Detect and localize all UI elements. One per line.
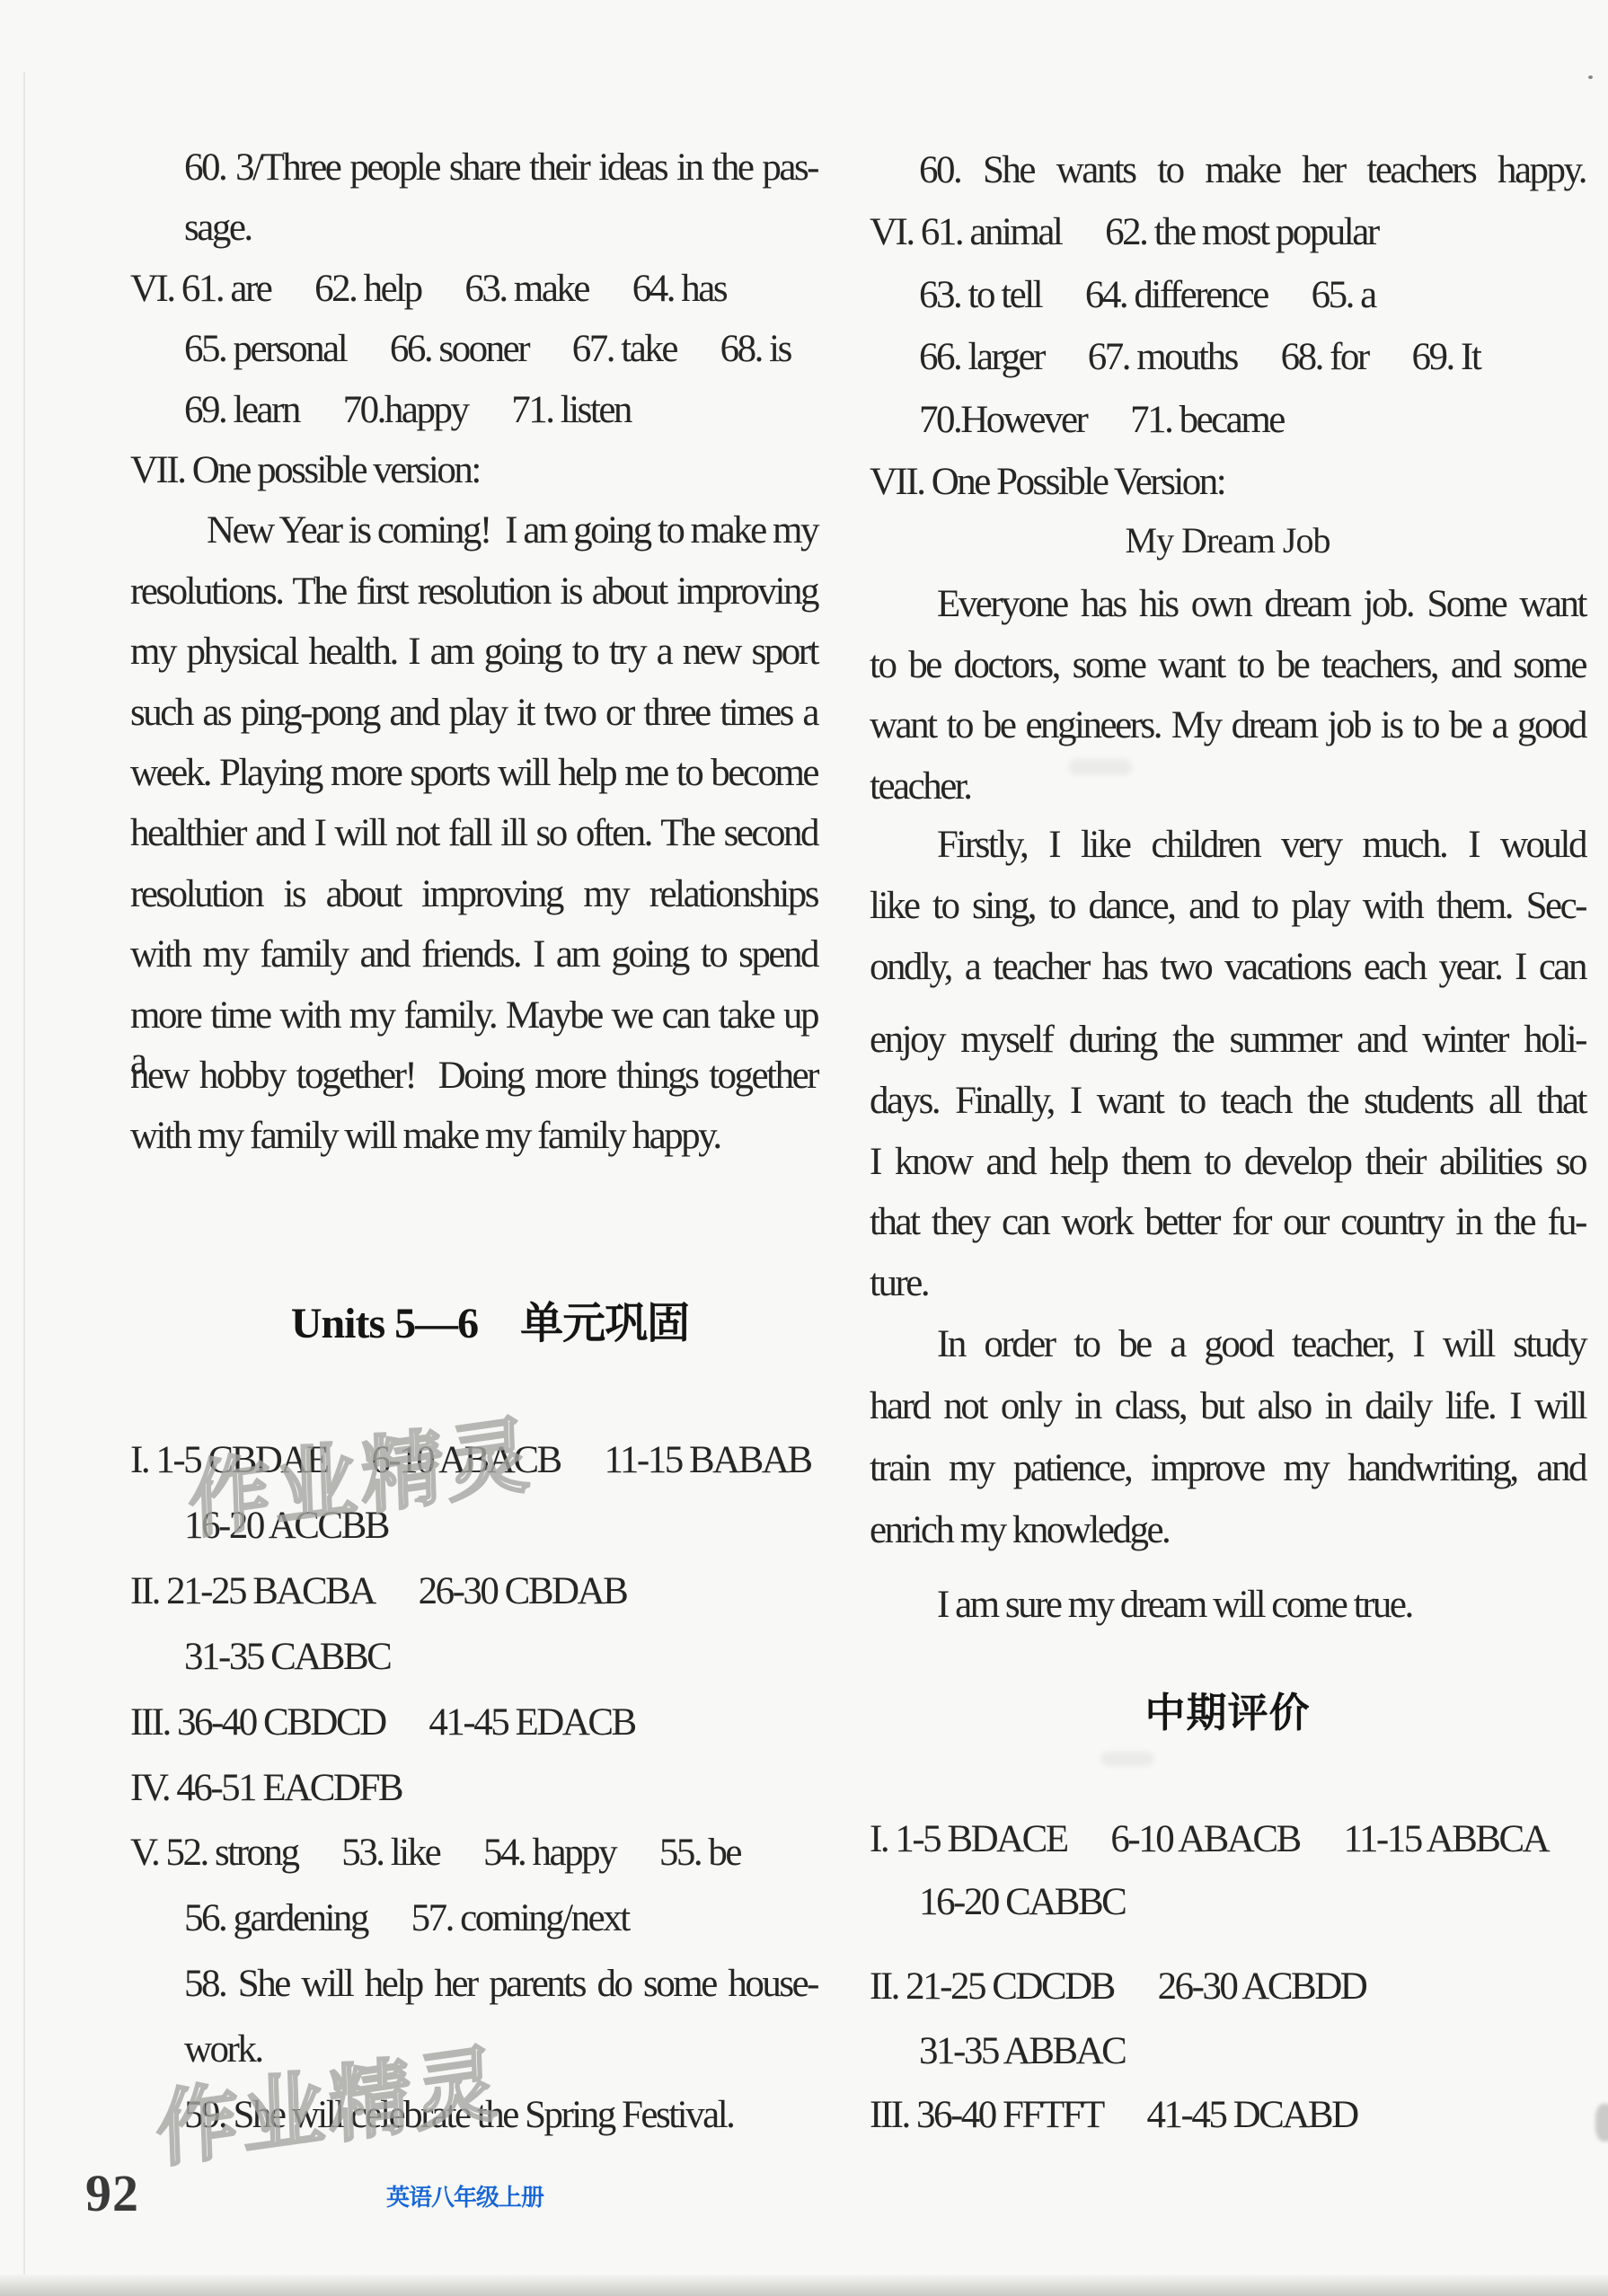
text-line: 31-35 ABBAC xyxy=(870,2029,1586,2075)
text-line: In order to be a good teacher, I will st… xyxy=(870,1322,1586,1368)
text-line: 58. She will help her parents do some ho… xyxy=(130,1962,817,2008)
text-line: week. Playing more sports will help me t… xyxy=(130,751,817,797)
text-line: my physical health. I am going to try a … xyxy=(130,630,817,676)
page-number: 92 xyxy=(85,2163,139,2223)
text-line: resolutions. The first resolution is abo… xyxy=(130,570,817,615)
text-line: ondly, a teacher has two vacations each … xyxy=(870,945,1586,991)
left-column: 60. 3/Three people share their ideas in … xyxy=(130,0,817,2296)
text-line: 16-20 ACCBB xyxy=(130,1504,817,1550)
text-line: enjoy myself during the summer and winte… xyxy=(870,1018,1586,1064)
text-line: with my family will make my family happy… xyxy=(130,1114,817,1160)
text-line: 31-35 CABBC xyxy=(130,1635,817,1681)
text-line: VII. One Possible Version: xyxy=(870,460,1586,506)
text-line: 59. She will celebrate the Spring Festiv… xyxy=(130,2093,817,2139)
text-line: II. 21-25 BACBA 26-30 CBDAB xyxy=(130,1569,817,1615)
scan-bleedthrough-mark xyxy=(1595,2104,1608,2141)
text-line: 中期评价 xyxy=(870,1690,1586,1737)
text-line: III. 36-40 FFTFT 41-45 DCABD xyxy=(870,2093,1586,2139)
text-line: ture. xyxy=(870,1261,1586,1307)
text-line: 66. larger 67. mouths 68. for 69. It xyxy=(870,335,1586,381)
text-line: days. Finally, I want to teach the stude… xyxy=(870,1079,1586,1125)
text-line: train my patience, improve my handwritin… xyxy=(870,1446,1586,1492)
text-line: resolution is about improving my relatio… xyxy=(130,872,817,918)
text-line: I. 1-5 CBDAE 6-10 ABACB 11-15 BABAB xyxy=(130,1438,817,1484)
text-line: Everyone has his own dream job. Some wan… xyxy=(870,582,1586,628)
text-line: to be doctors, some want to be teachers,… xyxy=(870,643,1586,689)
text-line: 56. gardening 57. coming/next xyxy=(130,1896,817,1942)
text-line: healthier and I will not fall ill so oft… xyxy=(130,811,817,857)
text-line: I. 1-5 BDACE 6-10 ABACB 11-15 ABBCA xyxy=(870,1817,1586,1863)
text-line: that they can work better for our countr… xyxy=(870,1200,1586,1246)
text-line: such as ping-pong and play it two or thr… xyxy=(130,691,817,737)
text-line: new hobby together! Doing more things to… xyxy=(130,1054,817,1099)
text-line: 65. personal 66. sooner 67. take 68. is xyxy=(130,327,817,373)
text-line: work. xyxy=(130,2027,817,2073)
text-line: want to be engineers. My dream job is to… xyxy=(870,703,1586,749)
text-line: IV. 46-51 EACDFB xyxy=(130,1766,817,1812)
scan-bleedthrough-mark xyxy=(1100,1752,1154,1766)
text-line: 60. She wants to make her teachers happy… xyxy=(870,148,1586,194)
text-line: like to sing, to dance, and to play with… xyxy=(870,884,1586,930)
text-line: with my family and friends. I am going t… xyxy=(130,932,817,978)
text-line: III. 36-40 CBDCD 41-45 EDACB xyxy=(130,1700,817,1746)
text-line: I am sure my dream will come true. xyxy=(870,1583,1586,1629)
text-line: My Dream Job xyxy=(870,519,1586,561)
footer-book-title: 英语八年级上册 xyxy=(386,2179,543,2212)
text-line: I know and help them to develop their ab… xyxy=(870,1140,1586,1186)
scan-bottom-edge xyxy=(0,2274,1608,2296)
text-line: 16-20 CABBC xyxy=(870,1880,1586,1926)
right-column: 60. She wants to make her teachers happy… xyxy=(870,0,1586,2296)
text-line: New Year is coming! I am going to make m… xyxy=(130,508,817,554)
text-line: sage. xyxy=(130,206,817,252)
text-line: V. 52. strong 53. like 54. happy 55. be xyxy=(130,1831,817,1877)
text-line: Units 5—6 单元巩固 xyxy=(130,1299,817,1350)
text-line: II. 21-25 CDCDB 26-30 ACBDD xyxy=(870,1965,1586,2010)
text-line: Firstly, I like children very much. I wo… xyxy=(870,823,1586,869)
scan-dot-artifact xyxy=(1588,75,1593,79)
text-line: hard not only in class, but also in dail… xyxy=(870,1384,1586,1430)
text-line: 70.However 71. became xyxy=(870,398,1586,444)
text-line: 69. learn 70.happy 71. listen xyxy=(130,388,817,434)
text-line: 63. to tell 64. difference 65. a xyxy=(870,273,1586,319)
text-line: VI. 61. are 62. help 63. make 64. has xyxy=(130,267,817,313)
text-line: VII. One possible version: xyxy=(130,448,817,494)
text-line: VI. 61. animal 62. the most popular xyxy=(870,210,1586,256)
scanned-answer-page: 60. 3/Three people share their ideas in … xyxy=(0,0,1608,2296)
scan-bleedthrough-mark xyxy=(1069,759,1132,775)
page-left-margin-line xyxy=(23,72,25,2296)
text-line: 60. 3/Three people share their ideas in … xyxy=(130,146,817,191)
text-line: enrich my knowledge. xyxy=(870,1508,1586,1554)
text-line: teacher. xyxy=(870,764,1586,810)
